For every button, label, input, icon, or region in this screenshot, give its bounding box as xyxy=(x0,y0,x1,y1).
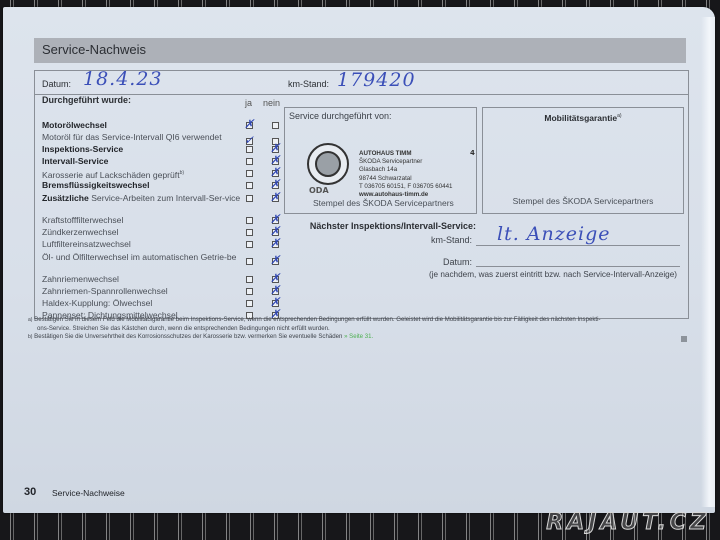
checklist-item-bold-label: Zusätzliche xyxy=(42,193,89,203)
checklist-item-label: Bremsflüssigkeitswechsel xyxy=(42,180,149,190)
next-service-note: (je nachdem, was zuerst eintritt bzw. na… xyxy=(35,270,677,279)
check-mark-icon: ✗ xyxy=(270,167,280,177)
checklist-item: Intervall-Service xyxy=(42,156,242,166)
section-header: Service-Nachweis xyxy=(34,38,686,63)
col-yes-label: ja xyxy=(245,98,252,108)
next-service-title: Nächster Inspektions/Intervall-Service: xyxy=(35,221,476,231)
check-mark-icon: ✓ xyxy=(244,135,254,145)
dealer-role: ŠKODA Servicepartner xyxy=(359,158,474,166)
skoda-logo-icon xyxy=(307,143,349,185)
checklist-item: Zahnriemen-Spannrollenwechsel xyxy=(42,286,242,296)
checklist-item-label: Inspektions-Service xyxy=(42,144,123,154)
section-title: Service-Nachweis xyxy=(42,42,146,57)
footnote-a: a) Bestätigen Sie in diesem Feld die Mob… xyxy=(28,316,688,333)
date-value[interactable]: 18.4.23 xyxy=(83,68,163,90)
page-edge xyxy=(701,17,715,507)
footnote-b-text: Bestätigen Sie die Unversehrtheit des Ko… xyxy=(34,333,344,340)
checklist-item-label: Intervall-Service xyxy=(42,156,108,166)
service-stamp-box: Service durchgeführt von: ODA AUTOHAUS T… xyxy=(284,107,477,214)
service-record-form: Datum: 18.4.23 km-Stand: 179420 Durchgef… xyxy=(34,70,689,319)
checklist-item-label: Motoröl für das Service-Intervall QI6 ve… xyxy=(42,132,222,142)
check-mark-icon: ✗ xyxy=(244,119,254,129)
next-date-label: Datum: xyxy=(35,257,472,267)
checkbox-ja[interactable] xyxy=(246,300,253,307)
mobility-sup: a) xyxy=(617,113,621,119)
km-value[interactable]: 179420 xyxy=(337,69,416,91)
date-label: Datum: xyxy=(42,79,71,89)
dealer-name: AUTOHAUS TIMM xyxy=(359,150,474,158)
checklist-item: Haldex-Kupplung: Ölwechsel xyxy=(42,298,242,308)
checklist-item-label: Zahnriemen-Spannrollenwechsel xyxy=(42,286,168,296)
stamp-logo-text: ODA xyxy=(309,186,329,195)
mobility-title: Mobilitätsgarantie xyxy=(544,113,617,123)
checkbox-ja[interactable] xyxy=(246,170,253,177)
date-km-row: Datum: 18.4.23 km-Stand: 179420 xyxy=(35,71,688,95)
footnote-a-text-2: ons-Service. Streichen Sie das Kästchen … xyxy=(28,325,330,332)
checklist-item-label: Haldex-Kupplung: Ölwechsel xyxy=(42,298,152,308)
dealer-phone: T 036705 60151, F 036705 60441 xyxy=(359,183,474,191)
check-mark-icon: ✗ xyxy=(270,192,280,202)
checkbox-ja[interactable] xyxy=(246,158,253,165)
checklist-item: Motorölwechsel xyxy=(42,120,242,130)
footnote-b-marker: b) xyxy=(28,334,32,340)
checkbox-ja[interactable] xyxy=(246,182,253,189)
checkbox-ja[interactable] xyxy=(246,288,253,295)
page-number: 30 xyxy=(24,486,36,498)
booklet-page: Service-Nachweis Datum: 18.4.23 km-Stand… xyxy=(3,7,715,513)
checklist-item-label: Motorölwechsel xyxy=(42,120,107,130)
checkbox-ja[interactable] xyxy=(246,146,253,153)
checklist-item: Zusätzliche Service-Arbeiten zum Interva… xyxy=(42,193,242,203)
service-stamp-caption: Stempel des ŠKODA Servicepartners xyxy=(313,198,454,208)
checklist-item: Karosserie auf Lackschäden geprüftb) xyxy=(42,168,242,180)
km-label: km-Stand: xyxy=(288,79,329,89)
mobility-guarantee-box: Mobilitätsgarantiea) Stempel des ŠKODA S… xyxy=(482,107,684,214)
service-box-title: Service durchgeführt von: xyxy=(289,111,392,121)
page-footer-section: Service-Nachweise xyxy=(52,488,125,498)
checkbox-ja[interactable] xyxy=(246,195,253,202)
next-km-label: km-Stand: xyxy=(35,235,472,245)
checklist-item-label: Service-Arbeiten zum Intervall-Ser-vice xyxy=(89,193,240,203)
dealer-street: Glasbach 14a xyxy=(359,166,474,174)
checklist-item: Inspektions-Service xyxy=(42,144,242,154)
watermark: RAJAUT.CZ xyxy=(546,510,710,535)
checklist-item-sup: b) xyxy=(180,170,184,176)
mobility-title-wrap: Mobilitätsgarantiea) xyxy=(483,113,683,123)
next-date-line[interactable] xyxy=(476,266,680,267)
footnote-b: b) Bestätigen Sie die Unversehrtheit des… xyxy=(28,333,688,342)
next-km-line xyxy=(476,245,680,246)
checklist-item: Bremsflüssigkeitswechsel xyxy=(42,180,242,190)
check-mark-icon: ✗ xyxy=(270,297,280,307)
footnote-a-text-1: Bestätigen Sie in diesem Feld die Mobili… xyxy=(34,316,600,323)
checkbox-nein[interactable] xyxy=(272,122,279,129)
stamp-number: 4 xyxy=(470,149,475,157)
checklist-heading: Durchgeführt wurde: xyxy=(42,95,131,105)
dealer-stamp: AUTOHAUS TIMM ŠKODA Servicepartner Glasb… xyxy=(359,150,474,199)
check-mark-icon: ✗ xyxy=(270,155,280,165)
page-31-link[interactable]: » Seite 31. xyxy=(344,333,373,340)
footnote-a-marker: a) xyxy=(28,317,32,323)
checklist-item-label: Karosserie auf Lackschäden geprüft xyxy=(42,170,180,180)
check-mark-icon: ✗ xyxy=(270,179,280,189)
col-no-label: nein xyxy=(263,98,280,108)
end-marker-icon xyxy=(681,336,687,342)
check-mark-icon: ✗ xyxy=(270,285,280,295)
next-km-value[interactable]: lt. Anzeige xyxy=(497,223,611,245)
check-mark-icon: ✗ xyxy=(270,143,280,153)
mobility-stamp-caption: Stempel des ŠKODA Servicepartners xyxy=(483,196,683,206)
dealer-city: 98744 Schwarzatal xyxy=(359,175,474,183)
checklist-item: Motoröl für das Service-Intervall QI6 ve… xyxy=(42,132,242,142)
